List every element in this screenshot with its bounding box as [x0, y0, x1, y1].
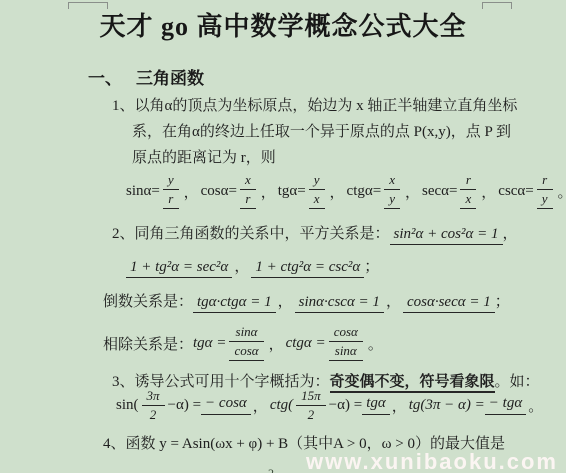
quotient-label: 相除关系是：: [103, 333, 193, 354]
square-relation-1: sin²α + cos²α = 1: [390, 226, 503, 245]
reciprocal-relations-line: 倒数关系是：tgα·ctgα = 1，sinα·cscα = 1，cosα·se…: [103, 290, 510, 311]
fraction: rx: [460, 173, 476, 209]
answer-blank: − tgα: [485, 395, 526, 415]
formula-sec: secα=: [422, 183, 457, 200]
quotient-2-lhs: ctgα =: [286, 335, 326, 352]
answer-blank: tgα: [362, 395, 390, 415]
answer-blank: − cosα: [201, 395, 251, 415]
section-number: 一、: [88, 69, 122, 88]
reciprocal-1: tgα·ctgα = 1: [193, 294, 276, 313]
reciprocal-label: 倒数关系是：: [103, 294, 193, 310]
formula-sin: sinα=: [126, 183, 160, 200]
formula-cos: cosα=: [201, 183, 237, 200]
section-heading: 一、三角函数: [88, 64, 204, 89]
square-relation-3: 1 + ctg²α = csc²α: [251, 259, 364, 278]
induction-examples-formula: sin( 3π2 −α) = − cosα ， ctg( 15π2 −α) = …: [116, 386, 545, 424]
fraction: ry: [537, 173, 553, 209]
fraction: 3π2: [142, 389, 165, 421]
trig-definitions-formula: sinα= yr ， cosα= xr ， tgα= yx ， ctgα= xy…: [126, 170, 566, 212]
formula-ctg: ctgα=: [347, 183, 382, 200]
fraction: xy: [384, 173, 400, 209]
fraction: cosαsinα: [329, 325, 363, 361]
item2-line1: 2、同角三角函数的关系中，平方关系是：sin²α + cos²α = 1，: [112, 222, 518, 243]
formula-tg: tgα=: [278, 183, 306, 200]
formula-csc: cscα=: [498, 183, 533, 200]
fraction: 15π2: [296, 389, 326, 421]
document-page: 天才 go 高中数学概念公式大全 一、三角函数 1、以角α的顶点为坐标原点，始边…: [0, 0, 566, 473]
item2-line2: 1 + tg²α = sec²α，1 + ctg²α = csc²α；: [126, 255, 379, 276]
square-relation-2: 1 + tg²α = sec²α: [126, 259, 232, 278]
fraction: sinαcosα: [229, 325, 263, 361]
item1-line3: 原点的距离记为 r，则: [132, 146, 276, 167]
page-title: 天才 go 高中数学概念公式大全: [0, 6, 566, 43]
reciprocal-2: sinα·cscα = 1: [295, 294, 384, 313]
quotient-1-lhs: tgα =: [193, 335, 226, 352]
fraction: xr: [240, 173, 256, 209]
clipped-next-line-fragment: 2: [268, 466, 274, 473]
formula-tg3pi: tg(3π − α) =: [409, 397, 485, 414]
fraction: yx: [309, 173, 325, 209]
item1-line2: 系，在角α的终边上任取一个异于原点的点 P(x,y)，点 P 到: [132, 120, 511, 141]
section-name: 三角函数: [136, 69, 204, 88]
fraction: yr: [163, 173, 179, 209]
site-watermark: www.xunibaoku.com: [306, 449, 558, 473]
quotient-relations-line: 相除关系是： tgα = sinαcosα ， ctgα = cosαsinα …: [103, 320, 385, 366]
reciprocal-3: cosα·secα = 1: [403, 294, 495, 313]
item1-line1: 1、以角α的顶点为坐标原点，始边为 x 轴正半轴建立直角坐标: [112, 94, 517, 115]
